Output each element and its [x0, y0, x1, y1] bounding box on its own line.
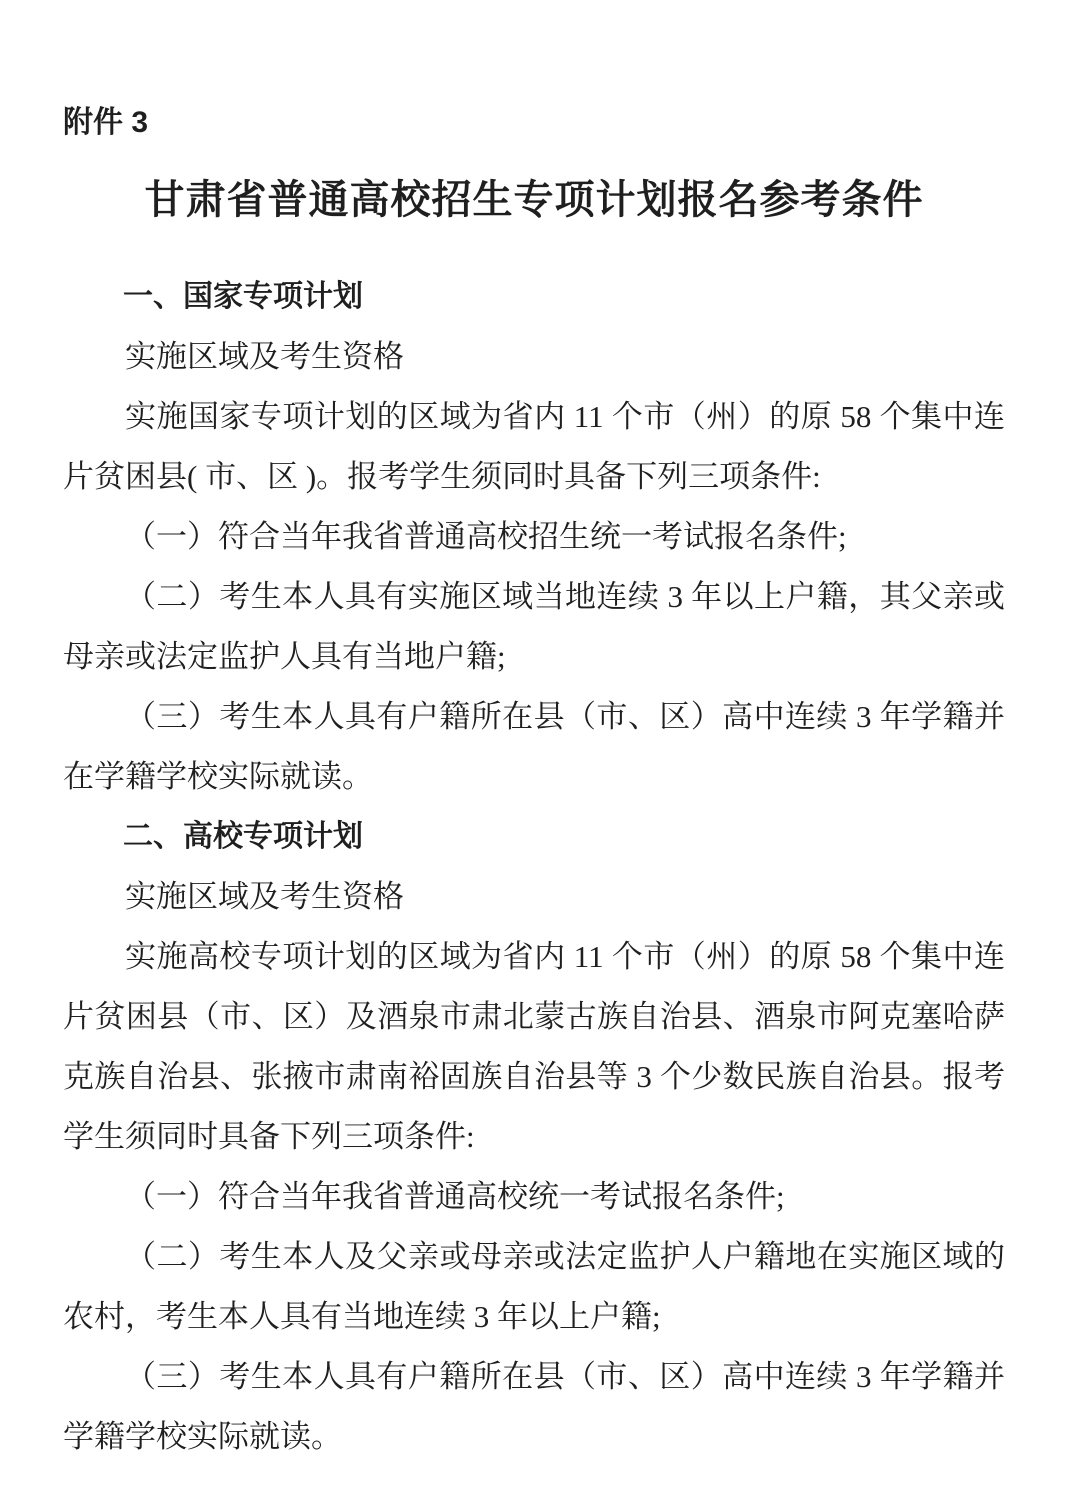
- section-1-heading: 一、国家专项计划: [63, 267, 1005, 327]
- section-2-heading: 二、高校专项计划: [63, 807, 1005, 867]
- section-1-condition-2: （二）考生本人具有实施区域当地连续 3 年以上户籍，其父亲或母亲或法定监护人具有…: [63, 567, 1005, 687]
- section-1-subheading: 实施区域及考生资格: [63, 327, 1005, 387]
- section-1-paragraph-intro: 实施国家专项计划的区域为省内 11 个市（州）的原 58 个集中连片贫困县( 市…: [63, 387, 1005, 507]
- section-2-condition-1: （一）符合当年我省普通高校统一考试报名条件;: [63, 1167, 1005, 1227]
- section-1-condition-1: （一）符合当年我省普通高校招生统一考试报名条件;: [63, 507, 1005, 567]
- document-page: 附件 3 甘肃省普通高校招生专项计划报名参考条件 一、国家专项计划 实施区域及考…: [0, 0, 1067, 1511]
- document-title: 甘肃省普通高校招生专项计划报名参考条件: [63, 170, 1005, 230]
- section-2-subheading: 实施区域及考生资格: [63, 867, 1005, 927]
- section-1-condition-3: （三）考生本人具有户籍所在县（市、区）高中连续 3 年学籍并在学籍学校实际就读。: [63, 687, 1005, 807]
- attachment-label: 附件 3: [63, 93, 1005, 153]
- section-2-paragraph-intro: 实施高校专项计划的区域为省内 11 个市（州）的原 58 个集中连片贫困县（市、…: [63, 927, 1005, 1167]
- section-2-condition-2: （二）考生本人及父亲或母亲或法定监护人户籍地在实施区域的农村，考生本人具有当地连…: [63, 1227, 1005, 1347]
- section-2-condition-3: （三）考生本人具有户籍所在县（市、区）高中连续 3 年学籍并学籍学校实际就读。: [63, 1347, 1005, 1467]
